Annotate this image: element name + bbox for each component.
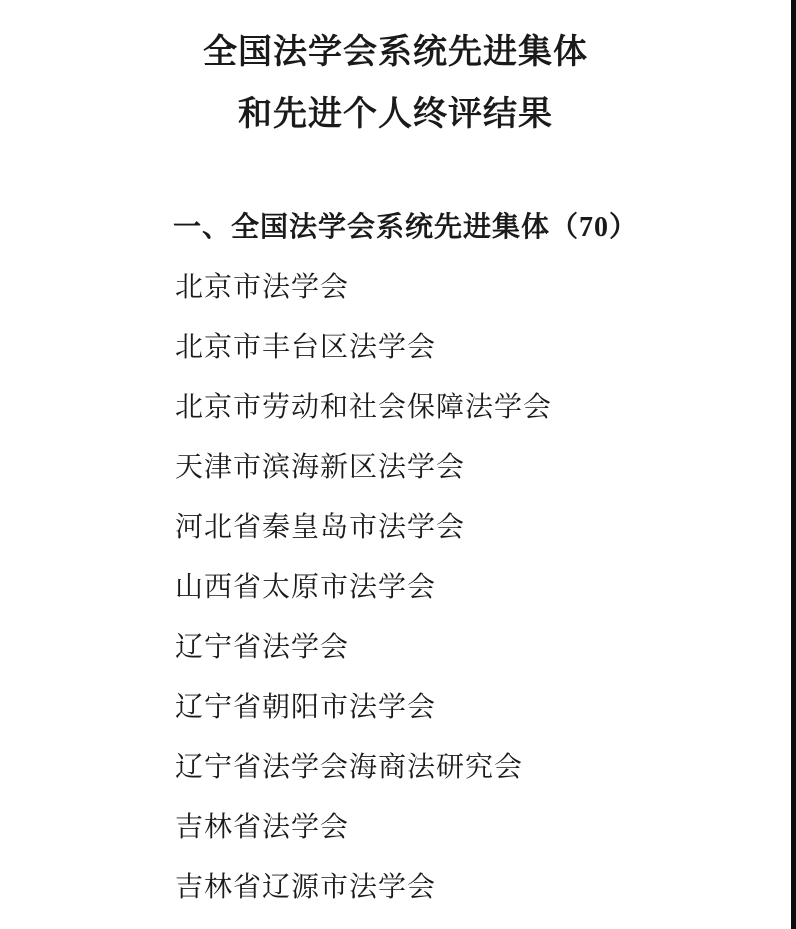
list-item: 北京市劳动和社会保障法学会	[0, 378, 791, 438]
list-item: 吉林省法学会	[0, 798, 791, 858]
advanced-collective-list: 北京市法学会 北京市丰台区法学会 北京市劳动和社会保障法学会 天津市滨海新区法学…	[0, 258, 791, 918]
document-title: 全国法学会系统先进集体 和先进个人终评结果	[0, 22, 791, 146]
list-item: 北京市丰台区法学会	[0, 318, 791, 378]
list-item: 天津市滨海新区法学会	[0, 438, 791, 498]
document-title-line-1: 全国法学会系统先进集体	[0, 22, 791, 84]
right-edge-bar	[791, 0, 796, 929]
list-item: 北京市法学会	[0, 258, 791, 318]
list-item: 辽宁省法学会海商法研究会	[0, 738, 791, 798]
document-content: 全国法学会系统先进集体 和先进个人终评结果 一、全国法学会系统先进集体（70） …	[0, 0, 791, 929]
document-page: 全国法学会系统先进集体 和先进个人终评结果 一、全国法学会系统先进集体（70） …	[0, 0, 796, 929]
list-item: 山西省太原市法学会	[0, 558, 791, 618]
list-item: 河北省秦皇岛市法学会	[0, 498, 791, 558]
list-item: 辽宁省朝阳市法学会	[0, 678, 791, 738]
list-item: 吉林省辽源市法学会	[0, 858, 791, 918]
section-heading: 一、全国法学会系统先进集体（70）	[0, 198, 791, 258]
document-title-line-2: 和先进个人终评结果	[0, 84, 791, 146]
list-item: 辽宁省法学会	[0, 618, 791, 678]
